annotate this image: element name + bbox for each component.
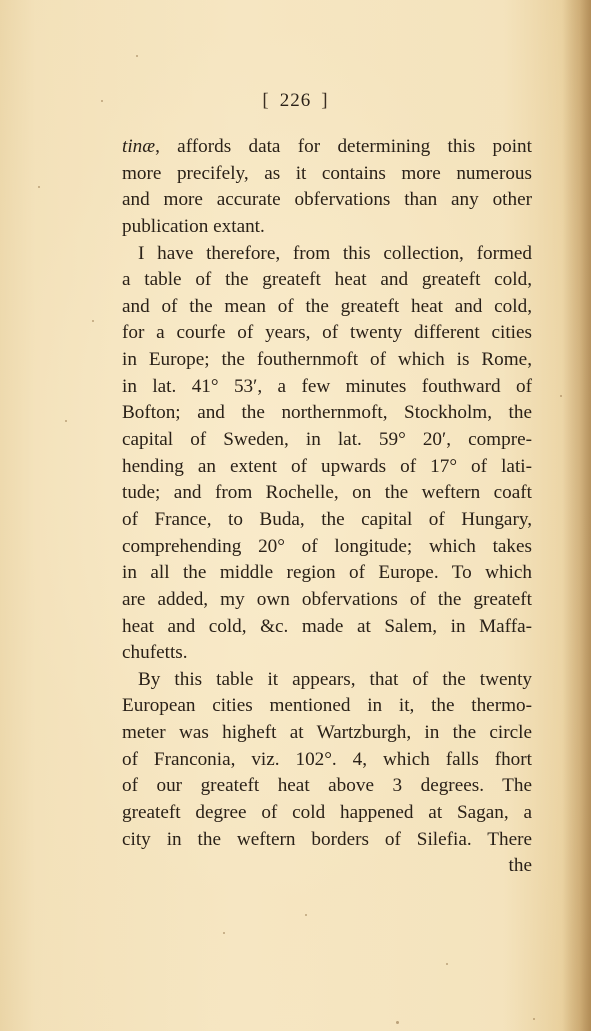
paper-speck xyxy=(560,395,562,397)
paper-speck xyxy=(223,932,225,934)
left-bracket: [ xyxy=(262,90,269,112)
text-line: in all the middle region of Europe. To w… xyxy=(122,560,532,587)
page-number: 226 xyxy=(280,90,312,111)
text-line: are added, my own obfervations of the gr… xyxy=(122,587,532,614)
text-line: European cities mentioned in it, the the… xyxy=(122,693,532,720)
paper-speck xyxy=(446,963,448,965)
text-line: more precifely, as it contains more nume… xyxy=(122,161,532,188)
paper-speck xyxy=(92,320,94,322)
text-line: capital of Sweden, in lat. 59° 20′, comp… xyxy=(122,427,532,454)
text-line: in Europe; the fouthernmoft of which is … xyxy=(122,347,532,374)
text-line: heat and cold, &c. made at Salem, in Maf… xyxy=(122,614,532,641)
body-text: tinæ, affords data for determining this … xyxy=(122,134,532,880)
text-line: and of the mean of the greateft heat and… xyxy=(122,294,532,321)
text-line: greateft degree of cold happened at Saga… xyxy=(122,800,532,827)
text-line: hending an extent of upwards of 17° of l… xyxy=(122,454,532,481)
text-line: meter was higheft at Wartzburgh, in the … xyxy=(122,720,532,747)
paper-speck xyxy=(65,420,67,422)
text-line: a table of the greateft heat and greatef… xyxy=(122,267,532,294)
right-bracket: ] xyxy=(321,90,328,112)
paper-speck xyxy=(396,1021,399,1024)
paper-speck xyxy=(533,1018,535,1020)
catchword: the xyxy=(122,853,532,880)
text-line: tude; and from Rochelle, on the weftern … xyxy=(122,480,532,507)
paragraph-start-line: By this table it appears, that of the tw… xyxy=(122,667,532,694)
text-line: tinæ, affords data for determining this … xyxy=(122,134,532,161)
text-line: for a courfe of years, of twenty differe… xyxy=(122,320,532,347)
paper-speck xyxy=(101,100,103,102)
text-line: of Franconia, viz. 102°. 4, which falls … xyxy=(122,747,532,774)
text-line: of our greateft heat above 3 degrees. Th… xyxy=(122,773,532,800)
text-line: Bofton; and the northernmoft, Stockholm,… xyxy=(122,400,532,427)
text-line: in lat. 41° 53′, a few minutes fouthward… xyxy=(122,374,532,401)
book-page: [226] tinæ, affords data for determining… xyxy=(0,0,591,1031)
paper-speck xyxy=(305,914,307,916)
text-line: of France, to Buda, the capital of Hunga… xyxy=(122,507,532,534)
paragraph-end-line: chufetts. xyxy=(122,640,532,667)
text-line: city in the weftern borders of Silefia. … xyxy=(122,827,532,854)
page-header: [226] xyxy=(0,90,591,112)
text-line: comprehending 20° of longitude; which ta… xyxy=(122,534,532,561)
paper-speck xyxy=(38,186,40,188)
italic-word: tinæ xyxy=(122,136,155,157)
text-line: and more accurate obfervations than any … xyxy=(122,187,532,214)
paragraph-end-line: publication extant. xyxy=(122,214,532,241)
paragraph-start-line: I have therefore, from this collection, … xyxy=(122,241,532,268)
paper-speck xyxy=(136,55,138,57)
